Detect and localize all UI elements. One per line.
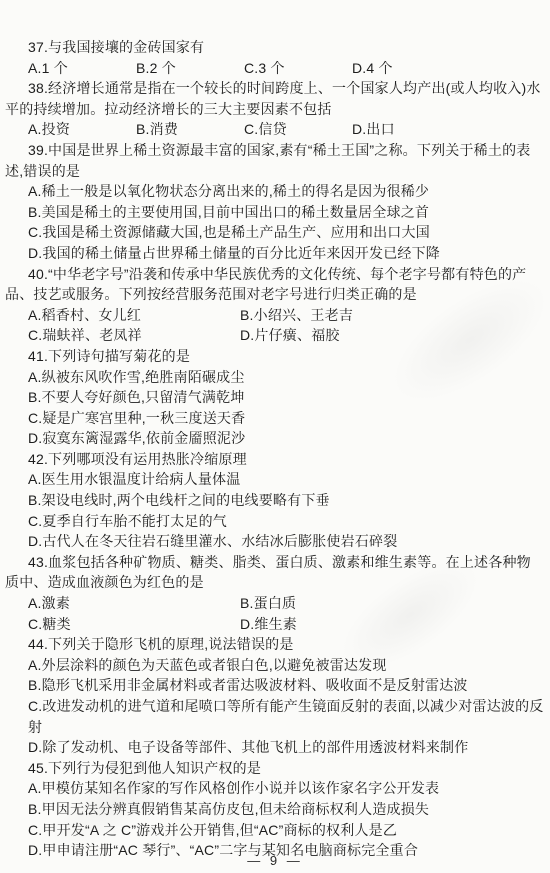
question-stem: 44.下列关于隐形飞机的原理,说法错误的是 bbox=[5, 634, 544, 655]
option: C.糖类 bbox=[28, 614, 240, 635]
page-number: — 9 — bbox=[0, 853, 550, 868]
options-group: A.外层涂料的颜色为天蓝色或者银白色,以避免被雷达发现B.隐形飞机采用非金属材料… bbox=[5, 655, 544, 758]
option: A.甲模仿某知名作家的写作风格创作小说并以该作家名字公开发表 bbox=[5, 778, 544, 799]
option: B.蛋白质 bbox=[240, 593, 544, 614]
question-stem: 38.经济增长通常是指在一个较长的时间跨度上、一个国家人均产出(或人均收入)水平… bbox=[5, 78, 544, 119]
question: 44.下列关于隐形飞机的原理,说法错误的是A.外层涂料的颜色为天蓝色或者银白色,… bbox=[5, 634, 544, 758]
option: D.我国的稀土储量占世界稀土储量的百分比近年来因开发已经下降 bbox=[5, 243, 544, 264]
option: A.医生用水银温度计给病人量体温 bbox=[5, 469, 544, 490]
options-group: A.1 个B.2 个C.3 个D.4 个 bbox=[5, 58, 544, 79]
option: C.信贷 bbox=[244, 119, 352, 140]
option: D.4 个 bbox=[352, 58, 393, 79]
option: C.疑是广寒宫里种,一秋三度送天香 bbox=[5, 408, 544, 429]
option: B.2 个 bbox=[136, 58, 244, 79]
question: 40.“中华老字号”沿袭和传承中华民族优秀的文化传统、每个老字号都有特色的产品、… bbox=[5, 264, 544, 346]
option: A.稻香村、女儿红 bbox=[28, 305, 240, 326]
question: 43.血浆包括各种矿物质、糖类、脂类、蛋白质、激素和维生素等。在上述各种物质中、… bbox=[5, 552, 544, 634]
option: B.消费 bbox=[136, 119, 244, 140]
question: 39.中国是世界上稀土资源最丰富的国家,素有“稀土王国”之称。下列关于稀土的表述… bbox=[5, 140, 544, 264]
option: B.隐形飞机采用非金属材料或者雷达吸波材料、吸收面不是反射雷达波 bbox=[5, 675, 544, 696]
question-stem: 41.下列诗句描写菊花的是 bbox=[5, 346, 544, 367]
option: C.3 个 bbox=[244, 58, 352, 79]
option: A.激素 bbox=[28, 593, 240, 614]
option: D.维生素 bbox=[240, 614, 544, 635]
question-list: 37.与我国接壤的金砖国家有A.1 个B.2 个C.3 个D.4 个38.经济增… bbox=[5, 37, 544, 861]
question: 37.与我国接壤的金砖国家有A.1 个B.2 个C.3 个D.4 个 bbox=[5, 37, 544, 78]
option: A.稀土一般是以氧化物状态分离出来的,稀土的得名是因为很稀少 bbox=[5, 181, 544, 202]
options-group: A.稀土一般是以氧化物状态分离出来的,稀土的得名是因为很稀少B.美国是稀土的主要… bbox=[5, 181, 544, 263]
question-stem: 42.下列哪项没有运用热胀冷缩原理 bbox=[5, 449, 544, 470]
option: A.1 个 bbox=[28, 58, 136, 79]
option: D.除了发动机、电子设备等部件、其他飞机上的部件用透波材料来制作 bbox=[5, 737, 544, 758]
option: A.外层涂料的颜色为天蓝色或者银白色,以避免被雷达发现 bbox=[5, 655, 544, 676]
options-group: A.甲模仿某知名作家的写作风格创作小说并以该作家名字公开发表B.甲因无法分辨真假… bbox=[5, 778, 544, 860]
options-group: A.稻香村、女儿红B.小绍兴、王老吉C.瑞蚨祥、老凤祥D.片仔癀、福胶 bbox=[5, 305, 544, 346]
option: C.我国是稀土资源储藏大国,也是稀土产品生产、应用和出口大国 bbox=[5, 222, 544, 243]
option: B.甲因无法分辨真假销售某高仿皮包,但未给商标权利人造成损失 bbox=[5, 799, 544, 820]
question-stem: 37.与我国接壤的金砖国家有 bbox=[5, 37, 544, 58]
exam-page: 37.与我国接壤的金砖国家有A.1 个B.2 个C.3 个D.4 个38.经济增… bbox=[0, 0, 550, 873]
option: C.改进发动机的进气道和尾喷口等所有能产生镜面反射的表面,以减少对雷达波的反射 bbox=[5, 696, 544, 737]
option: B.小绍兴、王老吉 bbox=[240, 305, 544, 326]
option: A.纵被东风吹作雪,绝胜南陌碾成尘 bbox=[5, 367, 544, 388]
question-stem: 39.中国是世界上稀土资源最丰富的国家,素有“稀土王国”之称。下列关于稀土的表述… bbox=[5, 140, 544, 181]
option: C.夏季自行车胎不能打太足的气 bbox=[5, 511, 544, 532]
question-stem: 43.血浆包括各种矿物质、糖类、脂类、蛋白质、激素和维生素等。在上述各种物质中、… bbox=[5, 552, 544, 593]
option: D.古代人在冬天往岩石缝里灌水、水结冰后膨胀使岩石碎裂 bbox=[5, 531, 544, 552]
option: D.片仔癀、福胶 bbox=[240, 325, 544, 346]
options-group: A.投资B.消费C.信贷D.出口 bbox=[5, 119, 544, 140]
option: C.瑞蚨祥、老凤祥 bbox=[28, 325, 240, 346]
option: B.美国是稀土的主要使用国,目前中国出口的稀土数量居全球之首 bbox=[5, 202, 544, 223]
option: C.甲开发“A 之 C”游戏并公开销售,但“AC”商标的权利人是乙 bbox=[5, 820, 544, 841]
option: D.寂寞东篱湿露华,依前金靥照泥沙 bbox=[5, 428, 544, 449]
option: B.不要人夸好颜色,只留清气满乾坤 bbox=[5, 387, 544, 408]
question: 45.下列行为侵犯到他人知识产权的是A.甲模仿某知名作家的写作风格创作小说并以该… bbox=[5, 758, 544, 861]
question: 41.下列诗句描写菊花的是A.纵被东风吹作雪,绝胜南陌碾成尘B.不要人夸好颜色,… bbox=[5, 346, 544, 449]
question-stem: 40.“中华老字号”沿袭和传承中华民族优秀的文化传统、每个老字号都有特色的产品、… bbox=[5, 264, 544, 305]
options-group: A.纵被东风吹作雪,绝胜南陌碾成尘B.不要人夸好颜色,只留清气满乾坤C.疑是广寒… bbox=[5, 367, 544, 449]
question: 42.下列哪项没有运用热胀冷缩原理A.医生用水银温度计给病人量体温B.架设电线时… bbox=[5, 449, 544, 552]
question: 38.经济增长通常是指在一个较长的时间跨度上、一个国家人均产出(或人均收入)水平… bbox=[5, 78, 544, 140]
option: B.架设电线时,两个电线杆之间的电线要略有下垂 bbox=[5, 490, 544, 511]
question-stem: 45.下列行为侵犯到他人知识产权的是 bbox=[5, 758, 544, 779]
option: A.投资 bbox=[28, 119, 136, 140]
options-group: A.激素B.蛋白质C.糖类D.维生素 bbox=[5, 593, 544, 634]
options-group: A.医生用水银温度计给病人量体温B.架设电线时,两个电线杆之间的电线要略有下垂C… bbox=[5, 469, 544, 551]
option: D.出口 bbox=[352, 119, 395, 140]
